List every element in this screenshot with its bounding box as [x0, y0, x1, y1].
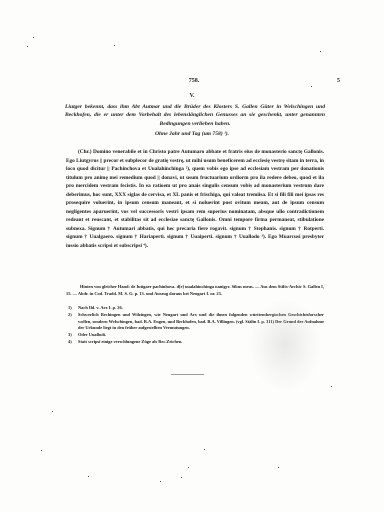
- scan-speck: [160, 481, 161, 482]
- scan-speck: [278, 467, 279, 468]
- footnote-mark: 3): [68, 332, 78, 339]
- footnote-mark: 1): [68, 305, 78, 312]
- regest-summary: Liutger bekennt, dass ihm Abt Autmar und…: [65, 103, 325, 128]
- scan-smudge: [250, 300, 320, 390]
- scanned-page: 758. 5 V. Liutger bekennt, dass ihm Abt …: [0, 0, 384, 512]
- scan-speck: [331, 386, 332, 387]
- scan-speck: [52, 411, 53, 412]
- scan-speck: [204, 449, 205, 450]
- provenance-note-block: Hinten von gleicher Hand: de Iutigaer pa…: [66, 283, 324, 297]
- header-year: 758.: [60, 78, 328, 84]
- scan-speck: [33, 37, 34, 38]
- scan-speck: [88, 476, 89, 477]
- document-number: V.: [0, 93, 384, 99]
- scan-speck: [181, 477, 182, 478]
- scan-speck: [41, 450, 42, 451]
- scan-speck: [114, 45, 115, 46]
- scan-speck: [311, 86, 312, 87]
- provenance-note: Hinten von gleicher Hand: de Iutigaer pa…: [66, 283, 324, 297]
- footnote-mark: 2): [68, 312, 78, 332]
- scan-speck: [27, 46, 28, 47]
- dating-line: Ohne Jahr und Tag (um 758) ¹).: [0, 131, 384, 137]
- charter-text-block: (Chr.) Domino venerabile et in Christo p…: [66, 148, 324, 250]
- scan-speck: [188, 467, 189, 468]
- page-number: 5: [337, 78, 340, 84]
- footnote-mark: 4): [68, 339, 78, 346]
- charter-text: (Chr.) Domino venerabile et in Christo p…: [66, 148, 324, 250]
- end-rule: [171, 374, 204, 375]
- scan-speck: [320, 51, 321, 52]
